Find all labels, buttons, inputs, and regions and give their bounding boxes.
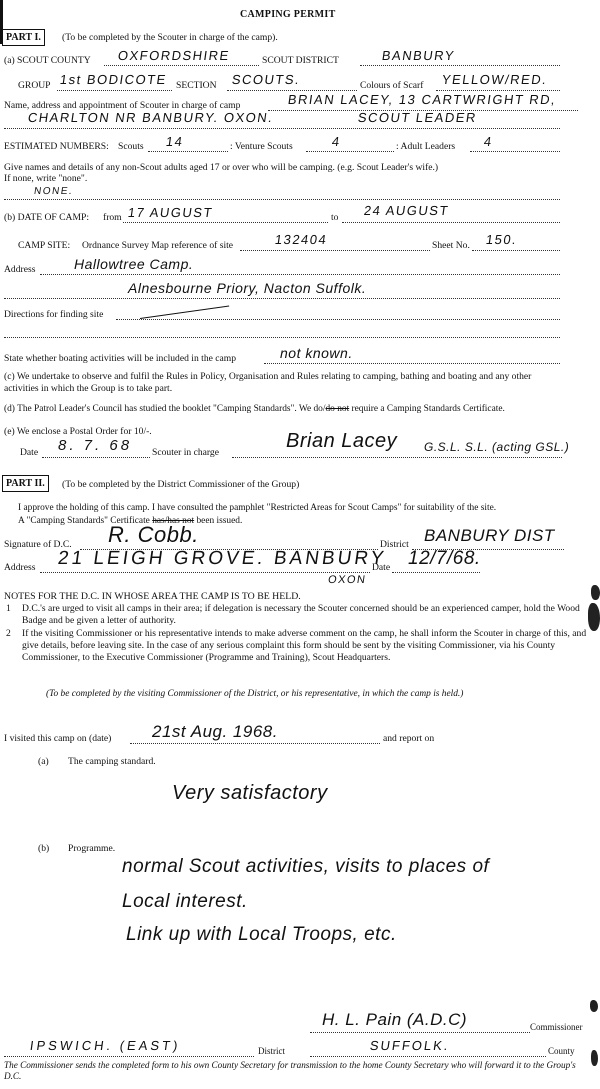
field-line xyxy=(42,457,150,458)
clause-d: (d) The Patrol Leader's Council has stud… xyxy=(4,404,505,414)
clause-e: (e) We enclose a Postal Order for 10/-. xyxy=(4,426,152,437)
field-line xyxy=(232,457,562,458)
field-line xyxy=(310,1032,530,1033)
address-label: Address xyxy=(4,264,35,275)
cert-post: been issued. xyxy=(194,516,242,526)
field-line xyxy=(116,319,560,320)
a-label: (a) xyxy=(38,756,49,767)
scouts-label: Scouts xyxy=(118,141,144,152)
field-line xyxy=(227,90,357,91)
part1-instruction: (To be completed by the Scouter in charg… xyxy=(62,32,278,43)
field-line xyxy=(240,250,430,251)
document-title: CAMPING PERMIT xyxy=(240,9,336,20)
county-label: County xyxy=(548,1046,575,1056)
boating-label: State whether boating activities will be… xyxy=(4,353,236,364)
adult-value: 4 xyxy=(483,134,494,149)
field-line xyxy=(360,65,560,66)
field-line xyxy=(4,298,560,299)
os-ref-value: 132404 xyxy=(274,232,328,247)
note-item: If the visiting Commissioner or his repr… xyxy=(22,628,587,664)
from-label: from xyxy=(103,212,122,223)
group-value: 1st BODICOTE xyxy=(59,72,168,87)
scan-smudge xyxy=(590,1000,598,1012)
note-item: D.C.'s are urged to visit all camps in t… xyxy=(22,603,587,627)
footer-note: The Commissioner sends the completed for… xyxy=(4,1060,584,1082)
field-line xyxy=(57,90,172,91)
district-value: IPSWICH. (EAST) xyxy=(29,1038,182,1053)
field-line xyxy=(342,222,560,223)
field-line xyxy=(4,128,560,129)
nonscout-hint: If none, write "none". xyxy=(4,173,87,184)
nonscout-value: NONE. xyxy=(33,186,74,197)
field-line xyxy=(4,337,560,338)
venture-value: 4 xyxy=(331,134,342,149)
dc-signature: R. Cobb. xyxy=(108,522,199,548)
field-line xyxy=(310,1056,546,1057)
clause-d-pre: (d) The Patrol Leader's Council has stud… xyxy=(4,404,325,414)
clause-c: (c) We undertake to observe and fulfil t… xyxy=(4,371,564,395)
dc-date-label: Date xyxy=(372,562,390,573)
scout-county-label: (a) SCOUT COUNTY xyxy=(4,55,91,66)
date2-label: Date xyxy=(20,447,38,458)
report-on-label: and report on xyxy=(383,733,434,744)
part1-label: PART I. xyxy=(2,29,45,46)
scouter-line2: CHARLTON NR BANBURY. OXON. xyxy=(27,110,274,125)
field-line xyxy=(4,1056,254,1057)
scan-smudge xyxy=(588,603,600,631)
scout-district-value: BANBURY xyxy=(381,48,456,63)
directions-label: Directions for finding site xyxy=(4,309,103,320)
date-of-camp-label: (b) DATE OF CAMP: xyxy=(4,212,89,223)
field-line xyxy=(4,199,560,200)
b-value-line: Local interest. xyxy=(122,891,248,913)
b-text: Programme. xyxy=(68,843,115,854)
sheet-value: 150. xyxy=(485,232,518,247)
note-number: 1 xyxy=(6,603,11,614)
field-line xyxy=(123,222,328,223)
section-label: SECTION xyxy=(176,80,217,91)
field-line xyxy=(306,151,394,152)
campsite-label: CAMP SITE: xyxy=(18,240,70,251)
sheet-label: Sheet No. xyxy=(432,240,470,251)
b-label: (b) xyxy=(38,843,49,854)
strike-stroke xyxy=(140,305,229,319)
part2-instruction: (To be completed by the District Commiss… xyxy=(62,479,299,490)
group-label: GROUP xyxy=(18,80,51,91)
os-label: Ordnance Survey Map reference of site xyxy=(82,240,233,251)
scouter-line1: BRIAN LACEY, 13 CARTWRIGHT RD, xyxy=(287,92,557,107)
address-line2: Alnesbourne Priory, Nacton Suffolk. xyxy=(128,280,366,296)
commissioner-signature: H. L. Pain (A.D.C) xyxy=(322,1010,467,1030)
venture-label: : Venture Scouts xyxy=(230,141,293,152)
scout-county-value: OXFORDSHIRE xyxy=(117,48,231,63)
a-value: Very satisfactory xyxy=(172,782,328,805)
a-text: The camping standard. xyxy=(68,756,156,767)
part2-label: PART II. xyxy=(2,475,49,492)
in-charge-signature: Brian Lacey xyxy=(286,430,397,453)
dc-date-value: 12/7/68. xyxy=(408,548,481,570)
part3-instruction: (To be completed by the visiting Commiss… xyxy=(46,689,463,699)
approve-text: I approve the holding of this camp. I ha… xyxy=(18,503,496,513)
address-line1: Hallowtree Camp. xyxy=(74,256,193,272)
date-from-value: 17 AUGUST xyxy=(127,205,214,220)
adult-label: : Adult Leaders xyxy=(396,141,455,152)
field-line xyxy=(104,65,259,66)
clause-d-post: require a Camping Standards Certificate. xyxy=(349,404,505,414)
field-line xyxy=(148,151,228,152)
district-value: BANBURY DIST xyxy=(424,526,555,546)
dc-address-label: Address xyxy=(4,562,35,573)
field-line xyxy=(392,572,480,573)
to-label: to xyxy=(331,212,338,223)
field-line xyxy=(436,90,560,91)
dc-address-county: OXON xyxy=(327,574,367,586)
date-to-value: 24 AUGUST xyxy=(363,203,450,218)
date2-value: 8. 7. 68 xyxy=(58,437,132,454)
visited-label: I visited this camp on (date) xyxy=(4,733,111,744)
scan-smudge xyxy=(591,585,600,600)
field-line xyxy=(40,572,370,573)
section-value: SCOUTS. xyxy=(231,72,301,87)
scouts-value: 14 xyxy=(165,134,185,149)
notes-heading: NOTES FOR THE D.C. IN WHOSE AREA THE CAM… xyxy=(4,591,301,602)
nonscout-label: Give names and details of any non-Scout … xyxy=(4,162,438,173)
scarf-label: Colours of Scarf xyxy=(360,80,423,91)
boating-value: not known. xyxy=(280,345,353,361)
scan-smudge xyxy=(591,1050,598,1066)
county-value: SUFFOLK. xyxy=(369,1038,451,1053)
clause-d-struck: do not xyxy=(325,404,349,414)
field-line xyxy=(130,743,380,744)
in-charge-label: Scouter in charge xyxy=(152,447,219,458)
field-line xyxy=(472,250,560,251)
b-value-line: Link up with Local Troops, etc. xyxy=(126,924,397,946)
visited-date: 21st Aug. 1968. xyxy=(152,722,278,742)
in-charge-suffix: G.S.L. S.L. (acting GSL.) xyxy=(424,440,569,454)
scouter-appointment: SCOUT LEADER xyxy=(357,110,478,125)
scarf-value: YELLOW/RED. xyxy=(441,72,548,87)
note-number: 2 xyxy=(6,628,11,639)
scout-district-label: SCOUT DISTRICT xyxy=(262,55,339,66)
field-line xyxy=(40,274,560,275)
district-label: District xyxy=(258,1046,285,1056)
field-line xyxy=(470,151,560,152)
dc-address-value: 21 LEIGH GROVE. BANBURY xyxy=(56,548,387,570)
field-line xyxy=(264,363,560,364)
numbers-label: ESTIMATED NUMBERS: xyxy=(4,141,109,152)
b-value-line: normal Scout activities, visits to place… xyxy=(122,856,489,878)
commissioner-label: Commissioner xyxy=(530,1022,583,1032)
